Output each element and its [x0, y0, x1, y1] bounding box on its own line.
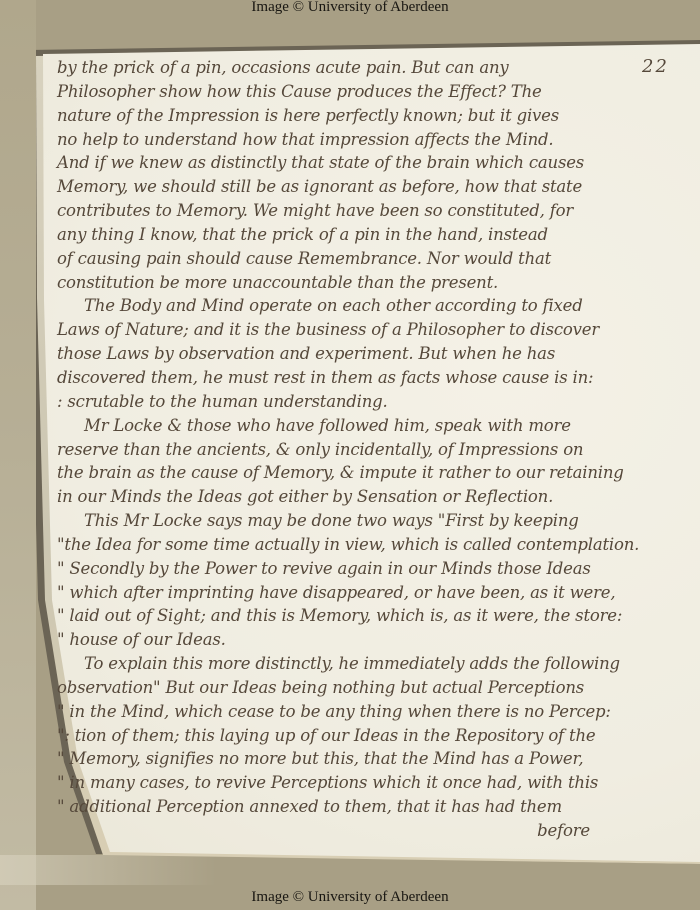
manuscript-line: Philosopher show how this Cause produces…	[57, 80, 698, 104]
manuscript-line: Memory, we should still be as ignorant a…	[57, 175, 698, 199]
manuscript-line: " in the Mind, which cease to be any thi…	[57, 700, 698, 724]
manuscript-line: in our Minds the Ideas got either by Sen…	[57, 485, 698, 509]
manuscript-line: To explain this more distinctly, he imme…	[57, 652, 698, 676]
manuscript-line: reserve than the ancients, & only incide…	[57, 438, 698, 462]
manuscript-line: any thing I know, that the prick of a pi…	[57, 223, 698, 247]
manuscript-line: before	[57, 819, 698, 843]
manuscript-line: nature of the Impression is here perfect…	[57, 104, 698, 128]
manuscript-line: the brain as the cause of Memory, & impu…	[57, 461, 698, 485]
manuscript-line: " Secondly by the Power to revive again …	[57, 557, 698, 581]
manuscript-line: " additional Perception annexed to them,…	[57, 795, 698, 819]
manuscript-text: by the prick of a pin, occasions acute p…	[57, 56, 698, 843]
manuscript-line: The Body and Mind operate on each other …	[57, 294, 698, 318]
manuscript-line: of causing pain should cause Remembrance…	[57, 247, 698, 271]
manuscript-line: by the prick of a pin, occasions acute p…	[57, 56, 698, 80]
manuscript-line: Laws of Nature; and it is the business o…	[57, 318, 698, 342]
manuscript-line: : scrutable to the human understanding.	[57, 390, 698, 414]
manuscript-line: "the Idea for some time actually in view…	[57, 533, 698, 557]
manuscript-line: discovered them, he must rest in them as…	[57, 366, 698, 390]
manuscript-photo: 22 by the prick of a pin, occasions acut…	[36, 40, 700, 872]
manuscript-line: " which after imprinting have disappeare…	[57, 581, 698, 605]
manuscript-line: Mr Locke & those who have followed him, …	[57, 414, 698, 438]
manuscript-line: And if we knew as distinctly that state …	[57, 151, 698, 175]
manuscript-line: " in many cases, to revive Perceptions w…	[57, 771, 698, 795]
manuscript-line: constitution be more unaccountable than …	[57, 271, 698, 295]
photo-left-margin	[0, 0, 36, 910]
copyright-caption-bottom: Image © University of Aberdeen	[0, 889, 700, 906]
manuscript-line: observation" But our Ideas being nothing…	[57, 676, 698, 700]
manuscript-line: those Laws by observation and experiment…	[57, 342, 698, 366]
manuscript-line: " Memory, signifies no more but this, th…	[57, 747, 698, 771]
manuscript-line: This Mr Locke says may be done two ways …	[57, 509, 698, 533]
manuscript-line: " house of our Ideas.	[57, 628, 698, 652]
copyright-caption-top: Image © University of Aberdeen	[0, 0, 700, 16]
manuscript-line: " laid out of Sight; and this is Memory,…	[57, 604, 698, 628]
manuscript-line: no help to understand how that impressio…	[57, 128, 698, 152]
manuscript-line: ": tion of them; this laying up of our I…	[57, 724, 698, 748]
manuscript-line: contributes to Memory. We might have bee…	[57, 199, 698, 223]
